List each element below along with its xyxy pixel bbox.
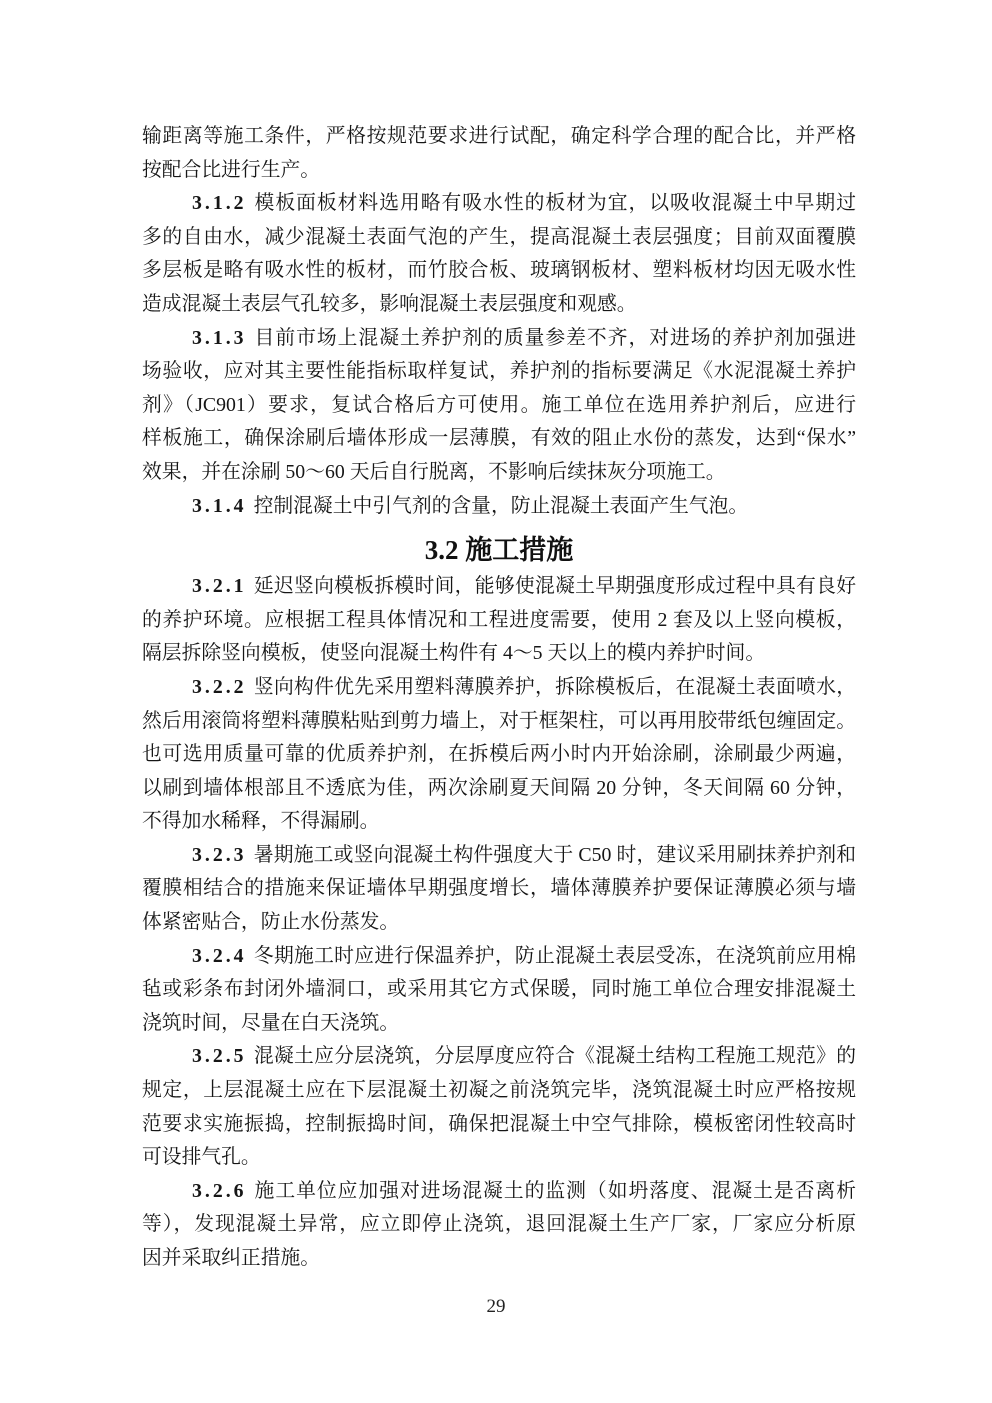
- text-block: 输距离等施工条件，严格按规范要求进行试配，确定科学合理的配合比，并严格按配合比进…: [142, 120, 856, 1276]
- clause-first-line: 3.1.4控制混凝土中引气剂的含量，防止混凝土表面产生气泡。: [142, 490, 856, 524]
- text-line: 隔层拆除竖向模板，使竖向混凝土构件有 4～5 天以上的模内养护时间。: [142, 637, 856, 671]
- text-line: 可设排气孔。: [142, 1141, 856, 1175]
- clause-text: 冬期施工时应进行保温养护，防止混凝土表层受冻，在浇筑前应用棉: [254, 945, 856, 967]
- clause-first-line: 3.1.3目前市场上混凝土养护剂的质量参差不齐，对进场的养护剂加强进: [142, 322, 856, 356]
- clause-text: 延迟竖向模板拆模时间，能够使混凝土早期强度形成过程中具有良好: [254, 575, 856, 597]
- clause-number: 3.2.6: [192, 1180, 247, 1202]
- text-line: 造成混凝土表层气孔较多，影响混凝土表层强度和观感。: [142, 288, 856, 322]
- text-line: 场验收，应对其主要性能指标取样复试，养护剂的指标要满足《水泥混凝土养护: [142, 355, 856, 389]
- clause-first-line: 3.2.5混凝土应分层浇筑，分层厚度应符合《混凝土结构工程施工规范》的: [142, 1040, 856, 1074]
- text-line: 效果，并在涂刷 50～60 天后自行脱离，不影响后续抹灰分项施工。: [142, 456, 856, 490]
- page-number: 29: [0, 1294, 992, 1320]
- clause-text: 模板面板材料选用略有吸水性的板材为宜，以吸收混凝土中早期过: [254, 192, 856, 214]
- clause-number: 3.2.4: [192, 945, 247, 967]
- text-line: 因并采取纠正措施。: [142, 1242, 856, 1276]
- clause-text: 暑期施工或竖向混凝土构件强度大于 C50 时，建议采用刷抹养护剂和: [254, 844, 856, 866]
- clause-number: 3.2.2: [192, 676, 247, 698]
- text-line: 浇筑时间，尽量在白天浇筑。: [142, 1007, 856, 1041]
- clause-number: 3.1.2: [192, 192, 247, 214]
- text-line: 以刷到墙体根部且不透底为佳，两次涂刷夏天间隔 20 分钟，冬天间隔 60 分钟，: [142, 772, 856, 806]
- section-heading: 3.2 施工措施: [142, 530, 856, 570]
- text-line: 样板施工，确保涂刷后墙体形成一层薄膜，有效的阻止水份的蒸发，达到“保水”: [142, 422, 856, 456]
- text-line: 体紧密贴合，防止水份蒸发。: [142, 906, 856, 940]
- clause-text: 混凝土应分层浇筑，分层厚度应符合《混凝土结构工程施工规范》的: [254, 1045, 856, 1067]
- text-line: 多层板是略有吸水性的板材，而竹胶合板、玻璃钢板材、塑料板材均因无吸水性: [142, 254, 856, 288]
- clause-first-line: 3.2.1延迟竖向模板拆模时间，能够使混凝土早期强度形成过程中具有良好: [142, 570, 856, 604]
- clause-number: 3.2.1: [192, 575, 247, 597]
- clause-first-line: 3.2.6施工单位应加强对进场混凝土的监测（如坍落度、混凝土是否离析: [142, 1175, 856, 1209]
- document-page: 输距离等施工条件，严格按规范要求进行试配，确定科学合理的配合比，并严格按配合比进…: [0, 0, 992, 1403]
- clause-text: 控制混凝土中引气剂的含量，防止混凝土表面产生气泡。: [254, 495, 749, 517]
- clause-text: 施工单位应加强对进场混凝土的监测（如坍落度、混凝土是否离析: [254, 1180, 856, 1202]
- text-line: 然后用滚筒将塑料薄膜粘贴到剪力墙上，对于框架柱，可以再用胶带纸包缠固定。: [142, 705, 856, 739]
- text-line: 的养护环境。应根据工程具体情况和工程进度需要，使用 2 套及以上竖向模板，: [142, 604, 856, 638]
- clause-number: 3.1.4: [192, 495, 247, 517]
- text-line: 剂》（JC901）要求，复试合格后方可使用。施工单位在选用养护剂后，应进行: [142, 389, 856, 423]
- clause-first-line: 3.2.2竖向构件优先采用塑料薄膜养护，拆除模板后，在混凝土表面喷水，: [142, 671, 856, 705]
- clause-number: 3.1.3: [192, 327, 247, 349]
- text-line: 覆膜相结合的措施来保证墙体早期强度增长，墙体薄膜养护要保证薄膜必须与墙: [142, 872, 856, 906]
- text-line: 输距离等施工条件，严格按规范要求进行试配，确定科学合理的配合比，并严格: [142, 120, 856, 154]
- text-line: 规定，上层混凝土应在下层混凝土初凝之前浇筑完毕，浇筑混凝土时应严格按规: [142, 1074, 856, 1108]
- text-line: 按配合比进行生产。: [142, 154, 856, 188]
- clause-text: 竖向构件优先采用塑料薄膜养护，拆除模板后，在混凝土表面喷水，: [254, 676, 856, 698]
- clause-number: 3.2.5: [192, 1045, 247, 1067]
- text-line: 范要求实施振捣，控制振捣时间，确保把混凝土中空气排除，模板密闭性较高时: [142, 1108, 856, 1142]
- clause-text: 目前市场上混凝土养护剂的质量参差不齐，对进场的养护剂加强进: [254, 327, 856, 349]
- clause-first-line: 3.2.4冬期施工时应进行保温养护，防止混凝土表层受冻，在浇筑前应用棉: [142, 940, 856, 974]
- text-line: 不得加水稀释，不得漏刷。: [142, 805, 856, 839]
- text-line: 也可选用质量可靠的优质养护剂，在拆模后两小时内开始涂刷，涂刷最少两遍，: [142, 738, 856, 772]
- text-line: 等），发现混凝土异常，应立即停止浇筑，退回混凝土生产厂家，厂家应分析原: [142, 1208, 856, 1242]
- clause-first-line: 3.1.2模板面板材料选用略有吸水性的板材为宜，以吸收混凝土中早期过: [142, 187, 856, 221]
- text-line: 多的自由水，减少混凝土表面气泡的产生，提高混凝土表层强度；目前双面覆膜: [142, 221, 856, 255]
- text-line: 毡或彩条布封闭外墙洞口，或采用其它方式保暖，同时施工单位合理安排混凝土: [142, 973, 856, 1007]
- clause-number: 3.2.3: [192, 844, 247, 866]
- clause-first-line: 3.2.3暑期施工或竖向混凝土构件强度大于 C50 时，建议采用刷抹养护剂和: [142, 839, 856, 873]
